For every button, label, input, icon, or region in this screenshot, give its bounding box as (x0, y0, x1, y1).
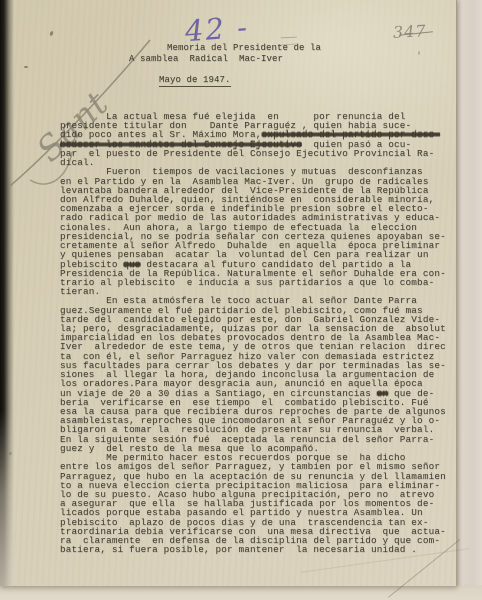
document-date: Mayo de 1947. (159, 75, 231, 87)
scanned-document-page: Sant 42 - 347 ' Memoria del Presidente d… (0, 0, 482, 600)
typewritten-body: La actual mesa fué elejida en por renunc… (60, 112, 460, 555)
scanner-background-bottom (0, 585, 482, 600)
document-title-line1: Memoria del Presidente de la (167, 43, 321, 53)
ink-speck (24, 66, 28, 68)
text-line: batiera, si fuera posible, por mantener … (60, 545, 460, 554)
ink-speck (9, 452, 12, 455)
document-title-line2: A samblea Radical Mac-Iver (129, 54, 283, 64)
text-line: trario al plebiscito e inducía a sus par… (60, 278, 460, 287)
stray-tick-mark: ' (416, 52, 422, 63)
paper-sheet: Sant 42 - 347 ' Memoria del Presidente d… (0, 0, 457, 586)
text-line: par el puesto de Presidente del Consejo … (60, 149, 460, 158)
